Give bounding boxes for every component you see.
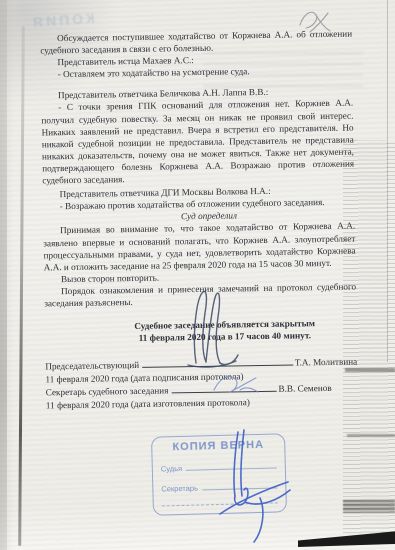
stamp-judge-label: Судья <box>161 464 182 474</box>
stamp-judge-line <box>186 467 277 470</box>
signature-block: Председательствующий Т.А. Молитвина 11 ф… <box>45 356 358 413</box>
secretary-name: В.В. Семенов <box>278 382 331 396</box>
stamp-secretary-row: Секретарь <box>161 481 277 493</box>
mirrored-stamp-bleedthrough: КОПИЯ <box>30 10 96 30</box>
paragraph: - С точки зрения ГПК оснований для отлож… <box>41 97 354 187</box>
stamp-secretary-line <box>202 487 277 490</box>
binding-fold-line <box>18 26 25 546</box>
stamp-title: КОПИЯ ВЕРНА <box>160 438 276 453</box>
bleedthrough-dark-streak <box>347 434 395 437</box>
scan-left-edge-shadow <box>0 0 7 550</box>
scanned-court-protocol-page: КОПИЯ Обсуждается поступившее ходатайств… <box>0 0 395 550</box>
stamp-judge-row: Судья <box>161 461 277 473</box>
stamp-secretary-label: Секретарь <box>161 484 198 494</box>
stamp-bottom-dashes <box>162 502 278 506</box>
document-body: Обсуждается поступившее ходатайство от К… <box>40 28 358 413</box>
session-closed-statement: Судебное заседание объявляется закрытым … <box>45 317 357 346</box>
secretary-signature-line <box>171 391 276 394</box>
paragraph: Порядок ознакомления и принесения замеча… <box>44 280 356 309</box>
judge-signature-line <box>142 365 293 368</box>
copy-certified-stamp: КОПИЯ ВЕРНА Судья Секретарь <box>151 433 287 515</box>
bleedthrough-dark-streak <box>343 500 395 513</box>
paragraph: Принимая во внимание то, что такое ходат… <box>43 220 356 273</box>
judge-name: Т.А. Молитвина <box>295 356 358 370</box>
